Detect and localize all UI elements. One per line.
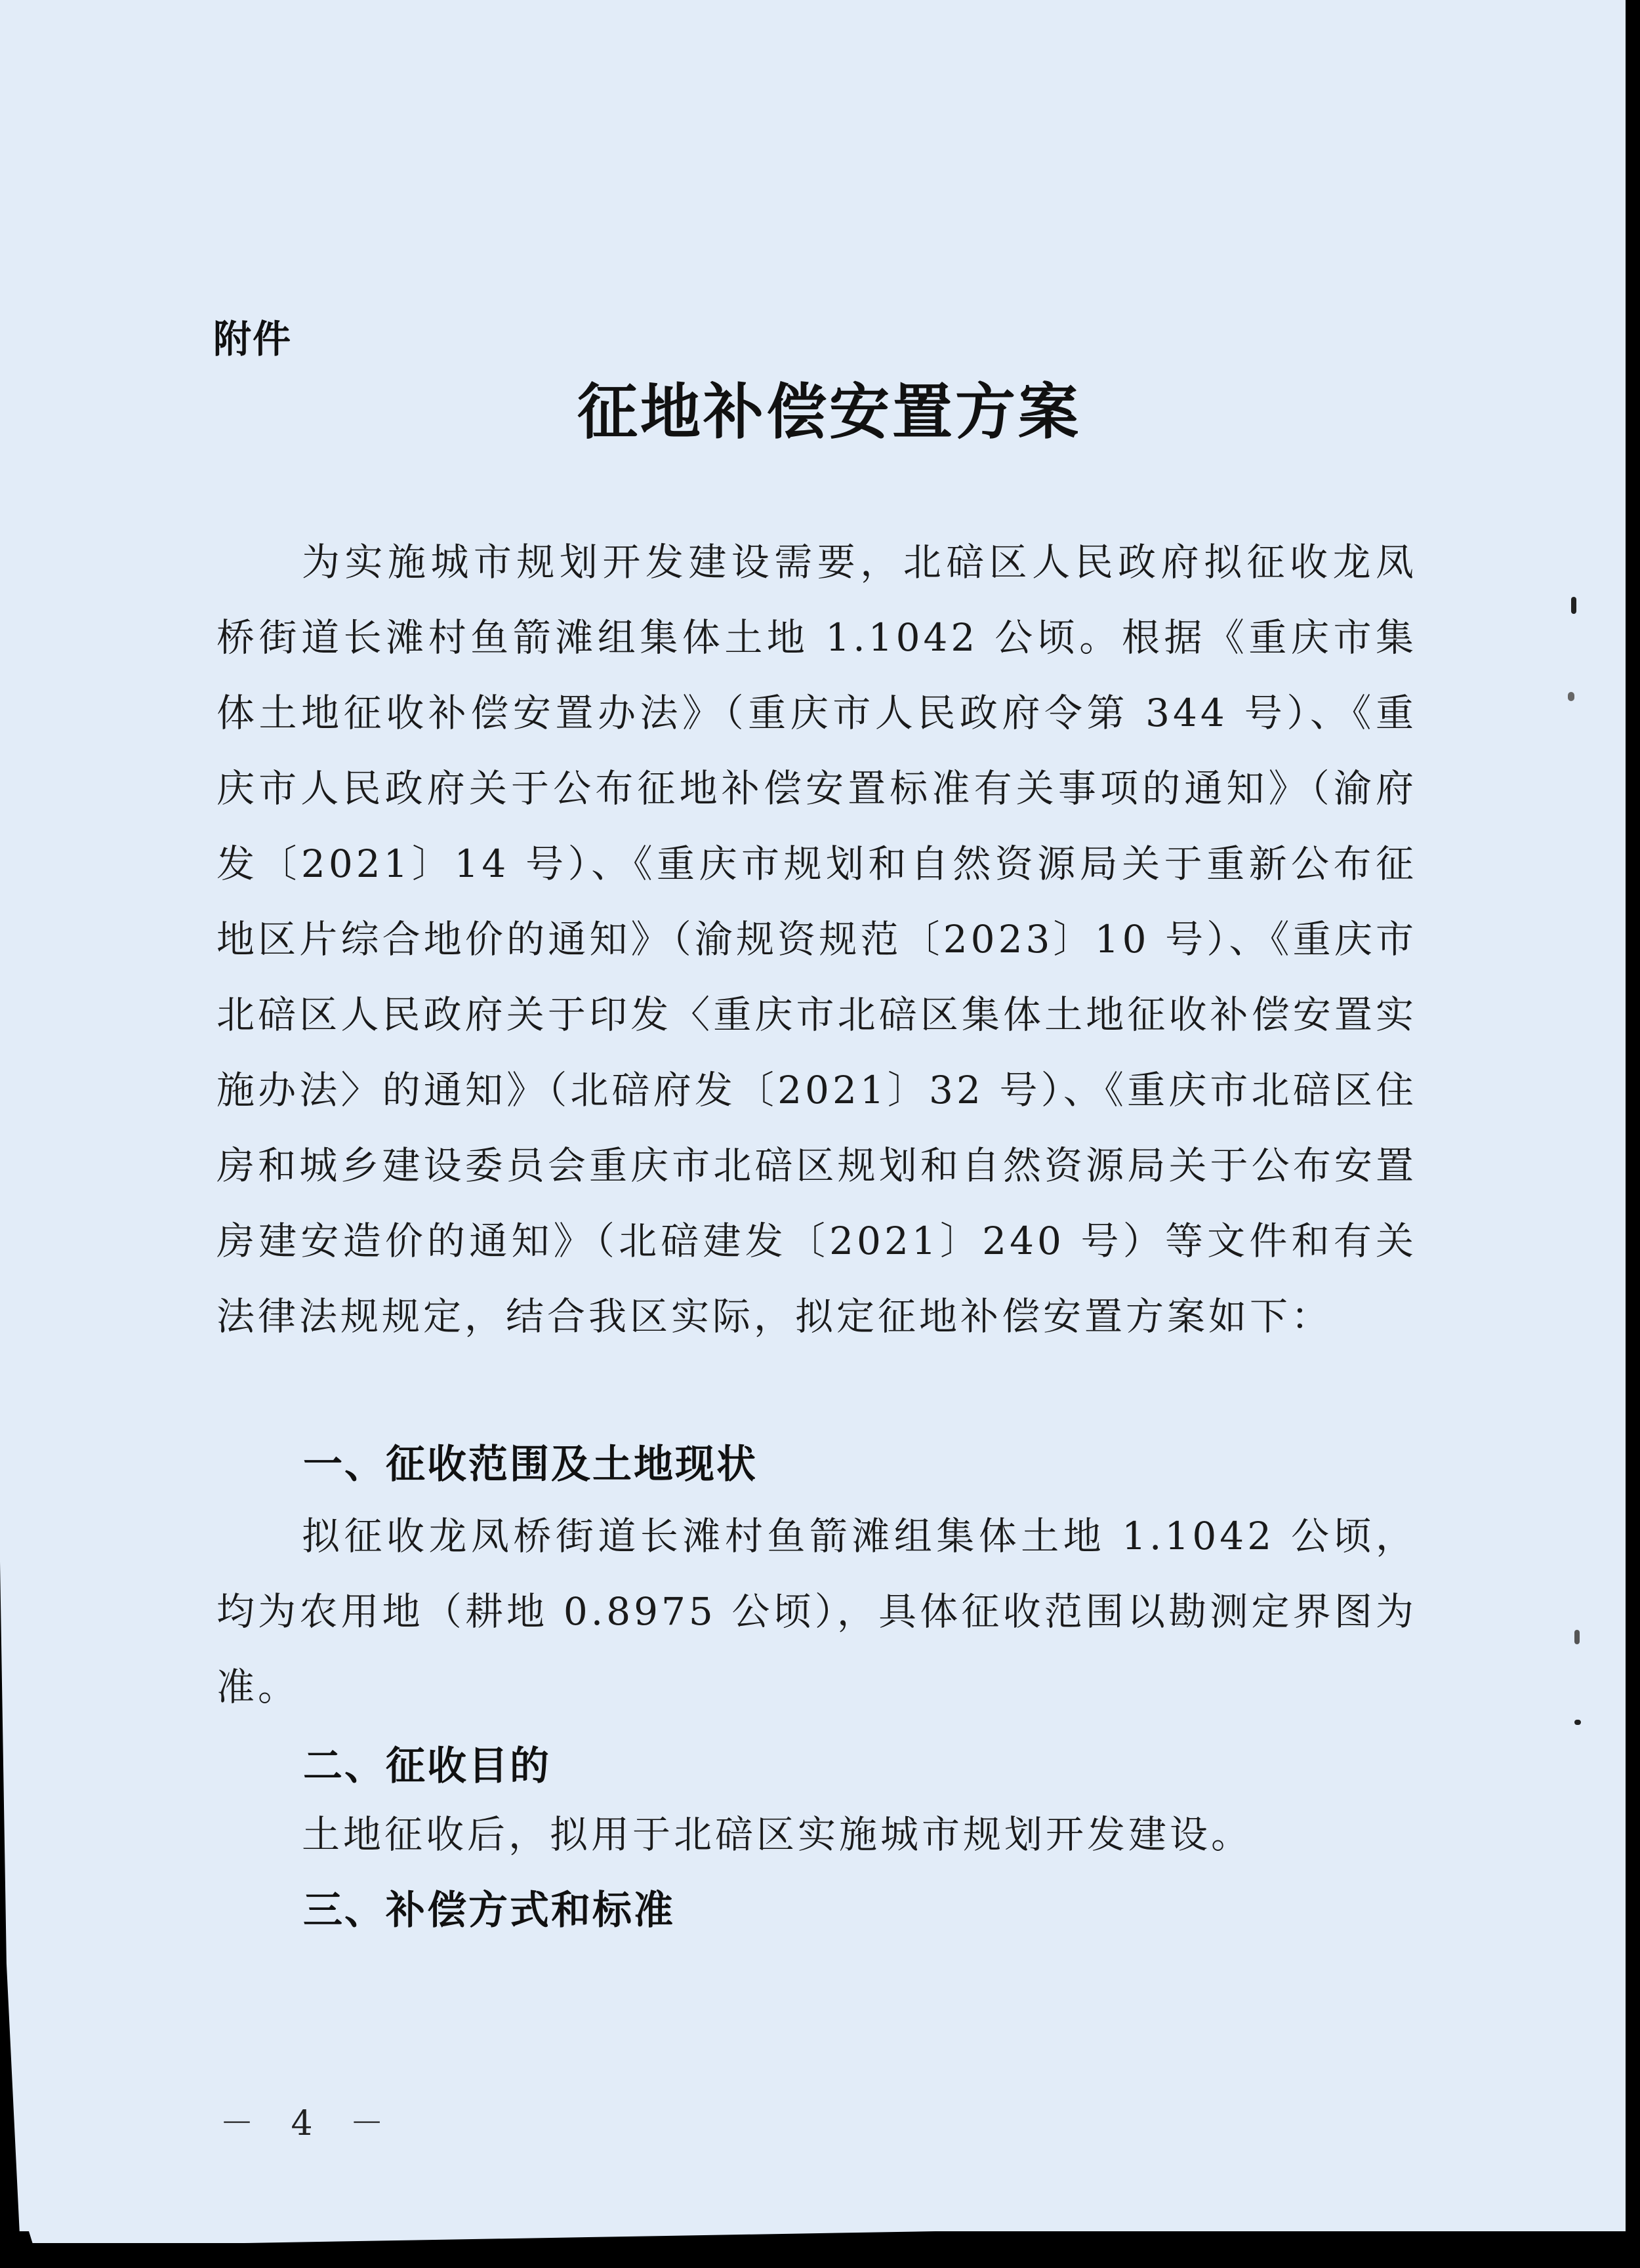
staple-hole-mark	[1574, 1720, 1581, 1725]
staple-hole-mark	[1571, 597, 1576, 614]
intro-paragraph: 为实施城市规划开发建设需要，北碚区人民政府拟征收龙凤桥街道长滩村鱼箭滩组集体土地…	[216, 525, 1417, 1354]
page-number: － 4 －	[220, 2096, 397, 2145]
section-heading-purpose: 二、征收目的	[303, 1735, 551, 1791]
staple-hole-mark	[1574, 1630, 1580, 1644]
section-heading-compensation: 三、补偿方式和标准	[303, 1879, 675, 1935]
section-paragraph-purpose: 土地征收后，拟用于北碚区实施城市规划开发建设。	[216, 1797, 1417, 1873]
staple-hole-mark	[1568, 692, 1574, 701]
section-paragraph-scope: 拟征收龙凤桥街道长滩村鱼箭滩组集体土地 1.1042 公顷，均为农用地（耕地 0…	[216, 1499, 1417, 1725]
attachment-label: 附件	[213, 308, 292, 363]
section-heading-scope: 一、征收范围及土地现状	[303, 1433, 758, 1489]
document-title: 征地补偿安置方案	[577, 364, 1081, 451]
